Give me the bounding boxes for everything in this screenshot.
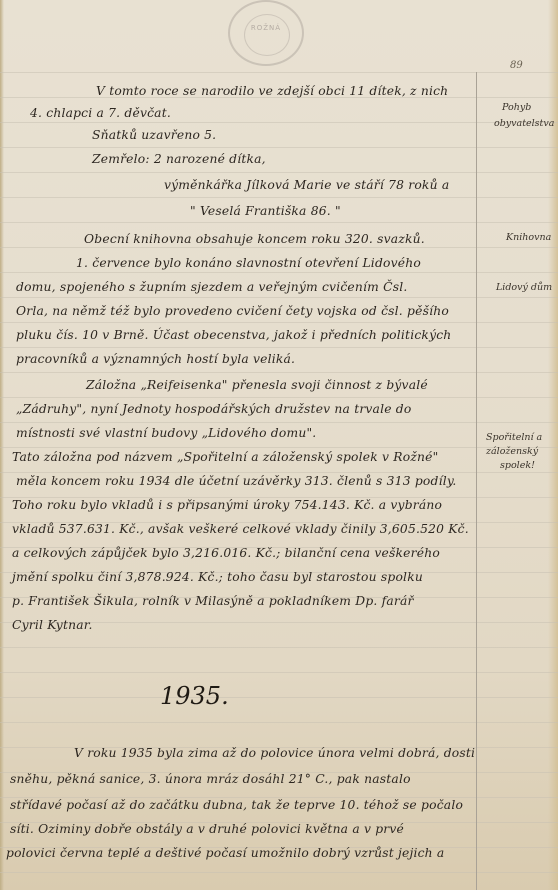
margin-note-savings-society: Spořitelní a — [486, 432, 542, 443]
text-line: 1. července bylo konáno slavnostní otevř… — [76, 256, 421, 270]
margin-note-savings-society: záloženský — [486, 446, 538, 457]
text-line: V roku 1935 byla zima až do polovice úno… — [74, 746, 475, 760]
ruled-line — [0, 347, 558, 348]
text-line: „Zádruhy", nyní Jednoty hospodářských dr… — [16, 402, 411, 416]
text-line: Zemřelo: 2 narozené dítka, — [92, 152, 266, 166]
ruled-line — [0, 122, 558, 123]
ruled-line — [0, 147, 558, 148]
ruled-line — [0, 297, 558, 298]
ruled-line — [0, 222, 558, 223]
ruled-line — [0, 272, 558, 273]
ruled-line — [0, 872, 558, 873]
ruled-line — [0, 647, 558, 648]
text-line: Záložna „Reifeisenka" přenesla svoji čin… — [86, 378, 428, 392]
margin-rule — [476, 72, 477, 890]
text-line: Obecní knihovna obsahuje koncem roku 320… — [84, 232, 425, 246]
text-line: sněhu, pěkná sanice, 3. února mráz dosáh… — [10, 772, 411, 786]
text-line: domu, spojeného s župním sjezdem a veřej… — [16, 280, 407, 294]
text-line: Toho roku bylo vkladů i s připsanými úro… — [12, 498, 442, 512]
text-line: síti. Oziminy dobře obstály a v druhé po… — [10, 822, 404, 836]
text-line: Cyril Kytnar. — [12, 618, 93, 632]
text-line: Orla, na němž též bylo provedeno cvičení… — [16, 304, 449, 318]
ruled-line — [0, 697, 558, 698]
ruled-line — [0, 172, 558, 173]
text-line: polovici června teplé a deštivé počasí u… — [6, 846, 444, 860]
text-line: střídavé počasí až do začátku dubna, tak… — [10, 798, 463, 812]
text-line: V tomto roce se narodilo ve zdejší obci … — [96, 84, 448, 98]
page-number: 89 — [510, 60, 523, 71]
ruled-line — [0, 397, 558, 398]
text-line: " Veselá Františka 86. " — [190, 204, 341, 218]
ruled-line — [0, 72, 558, 73]
ruled-line — [0, 722, 558, 723]
text-line: vkladů 537.631. Kč., avšak veškeré celko… — [12, 522, 469, 536]
stamp-text: ROŽNÁ — [230, 24, 302, 32]
text-line: výměnkářka Jílková Marie ve stáří 78 rok… — [164, 178, 449, 192]
text-line: jmění spolku činí 3,878.924. Kč.; toho č… — [12, 570, 423, 584]
text-line: 4. chlapci a 7. děvčat. — [30, 106, 171, 120]
ruled-line — [0, 447, 558, 448]
stamp-inner-ring — [244, 14, 290, 56]
ruled-line — [0, 197, 558, 198]
text-line: Sňatků uzavřeno 5. — [92, 128, 216, 142]
ruled-line — [0, 472, 558, 473]
archive-stamp: ROŽNÁ — [228, 0, 304, 66]
ruled-line — [0, 672, 558, 673]
year-heading: 1935. — [160, 682, 229, 710]
text-line: měla koncem roku 1934 dle účetní uzávěrk… — [16, 474, 456, 488]
ruled-line — [0, 322, 558, 323]
ruled-line — [0, 247, 558, 248]
page-right-edge — [548, 0, 558, 890]
text-line: místnosti své vlastní budovy „Lidového d… — [16, 426, 316, 440]
text-line: Tato záložna pod názvem „Spořitelní a zá… — [12, 450, 438, 464]
chronicle-page: ROŽNÁ 89 V tomto roce se narodilo ve zde… — [0, 0, 558, 890]
margin-note-population: obyvatelstva — [494, 118, 554, 129]
margin-note-library: Knihovna — [506, 232, 551, 243]
ruled-line — [0, 422, 558, 423]
margin-note-savings-society: spolek! — [500, 460, 535, 471]
margin-note-peoples-house: Lidový dům — [496, 282, 552, 293]
text-line: pluku čís. 10 v Brně. Účast obecenstva, … — [16, 328, 451, 342]
text-line: a celkových zápůjček bylo 3,216.016. Kč.… — [12, 546, 440, 560]
page-left-edge — [0, 0, 4, 890]
text-line: pracovníků a významných hostí byla velik… — [16, 352, 295, 366]
margin-note-population: Pohyb — [502, 102, 531, 113]
ruled-line — [0, 372, 558, 373]
text-line: p. František Šikula, rolník v Milasýně a… — [12, 594, 414, 608]
